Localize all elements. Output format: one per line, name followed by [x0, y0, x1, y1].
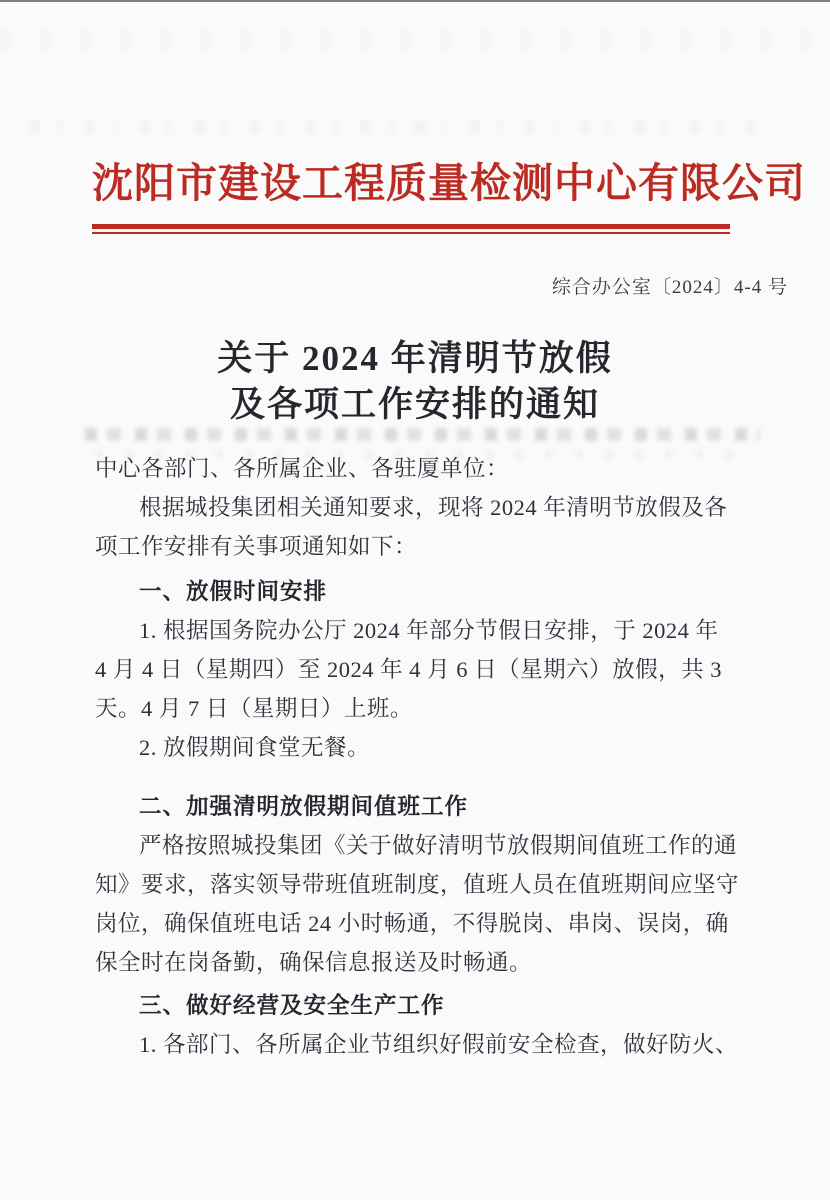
header-separator-thick	[92, 224, 730, 229]
notice-title: 关于 2024 年清明节放假 及各项工作安排的通知	[0, 336, 830, 428]
body-line: 项工作安排有关事项通知如下：	[95, 527, 755, 566]
section-heading: 三、做好经营及安全生产工作	[95, 986, 755, 1025]
body-line: 知》要求，落实领导带班值班制度，值班人员在值班期间应坚守	[95, 865, 755, 904]
body-line: 严格按照城投集团《关于做好清明节放假期间值班工作的通	[95, 826, 755, 865]
body-line: 中心各部门、各所属企业、各驻厦单位：	[95, 449, 755, 488]
notice-title-line1: 关于 2024 年清明节放假	[0, 336, 830, 382]
scan-edge-artifact	[0, 0, 830, 2]
body-line: 保全时在岗备勤，确保信息报送及时畅通。	[95, 943, 755, 982]
body-line: 岗位，确保值班电话 24 小时畅通，不得脱岗、串岗、误岗，确	[95, 904, 755, 943]
notice-body: 中心各部门、各所属企业、各驻厦单位：根据城投集团相关通知要求，现将 2024 年…	[95, 449, 755, 1064]
body-line: 天。4 月 7 日（星期日）上班。	[95, 689, 755, 728]
body-line: 4 月 4 日（星期四）至 2024 年 4 月 6 日（星期六）放假，共 3	[95, 650, 755, 689]
company-name: 沈阳市建设工程质量检测中心有限公司	[92, 150, 732, 209]
scanned-document-page: 沈阳市建设工程质量检测中心有限公司 综合办公室〔2024〕4-4 号 关于 20…	[0, 0, 830, 1200]
body-line: 2. 放假期间食堂无餐。	[95, 728, 755, 767]
header-separator-thin	[92, 232, 730, 234]
scan-smudge	[30, 120, 770, 134]
document-number: 综合办公室〔2024〕4-4 号	[552, 272, 788, 299]
scan-smudge-below-title	[85, 428, 760, 441]
notice-title-line2: 及各项工作安排的通知	[0, 382, 830, 428]
body-line: 根据城投集团相关通知要求，现将 2024 年清明节放假及各	[95, 488, 755, 527]
body-line: 1. 根据国务院办公厅 2024 年部分节假日安排，于 2024 年	[95, 611, 755, 650]
section-heading: 二、加强清明放假期间值班工作	[95, 787, 755, 826]
body-line: 1. 各部门、各所属企业节组织好假前安全检查，做好防火、	[95, 1025, 755, 1064]
scan-smudge	[0, 30, 830, 50]
section-heading: 一、放假时间安排	[95, 572, 755, 611]
